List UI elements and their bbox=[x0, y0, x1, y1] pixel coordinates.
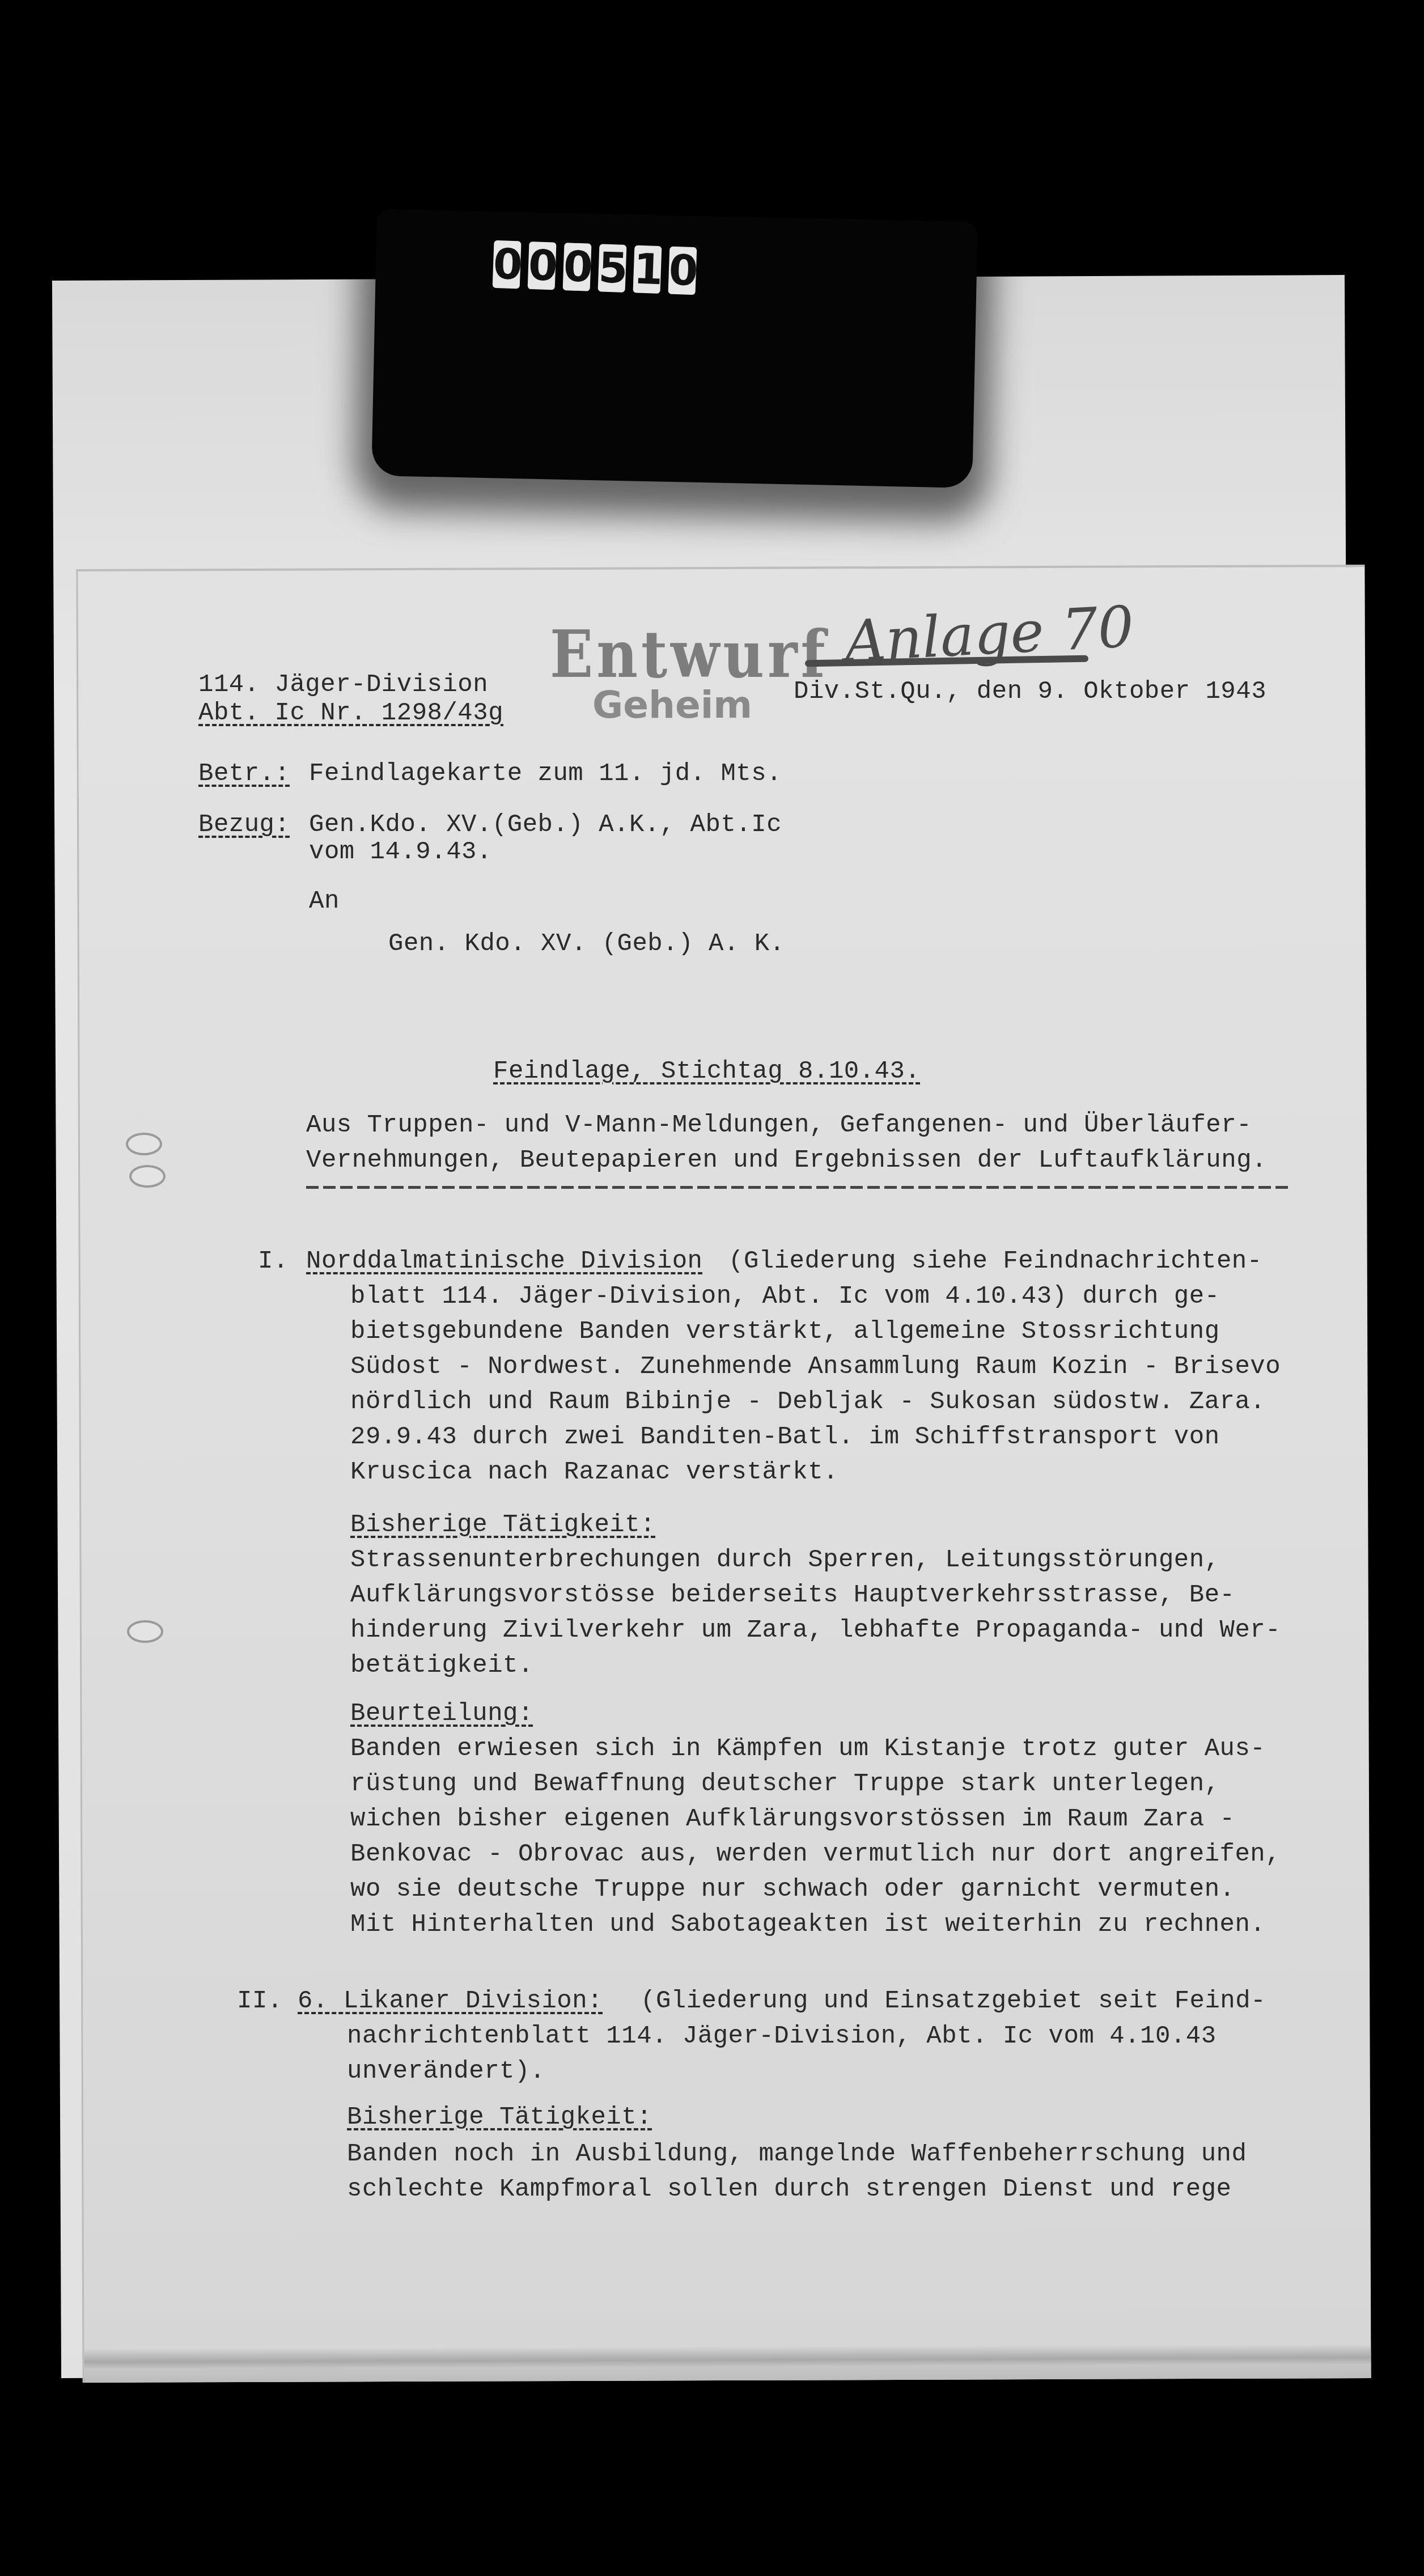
counter-digit: 0 bbox=[528, 241, 557, 290]
assessment-text: Mit Hinterhalten und Sabotageakten ist w… bbox=[350, 1908, 1265, 1942]
activity-text: hinderung Zivilverkehr um Zara, lebhafte… bbox=[350, 1613, 1281, 1647]
document-title: Feindlage, Stichtag 8.10.43. bbox=[493, 1054, 920, 1088]
punch-hole-icon bbox=[126, 1133, 162, 1155]
section-text: nachrichtenblatt 114. Jäger-Division, Ab… bbox=[347, 2019, 1217, 2053]
section-text: nördlich und Raum Bibinje - Debljak - Su… bbox=[350, 1385, 1265, 1419]
recipient-name: Gen. Kdo. XV. (Geb.) A. K. bbox=[388, 927, 785, 961]
assessment-heading: Beurteilung: bbox=[350, 1697, 533, 1731]
intro-line: Vernehmungen, Beutepapieren und Ergebnis… bbox=[306, 1143, 1267, 1177]
counter-digit: 0 bbox=[493, 240, 522, 289]
assessment-text: wichen bisher eigenen Aufklärungsvorstös… bbox=[350, 1802, 1235, 1836]
counter-digit: 1 bbox=[633, 245, 662, 294]
activity-heading: Bisherige Tätigkeit: bbox=[347, 2100, 652, 2134]
intro-line: Aus Truppen- und V-Mann-Meldungen, Gefan… bbox=[306, 1108, 1252, 1142]
section-text: blatt 114. Jäger-Division, Abt. Ic vom 4… bbox=[350, 1279, 1220, 1314]
section-text: (Gliederung siehe Feindnachrichten- bbox=[728, 1244, 1262, 1278]
section-heading: Norddalmatinische Division bbox=[306, 1244, 703, 1278]
section-text: Kruscica nach Razanac verstärkt. bbox=[350, 1455, 838, 1489]
punch-hole-icon bbox=[129, 1165, 166, 1188]
activity-text: schlechte Kampfmoral sollen durch streng… bbox=[347, 2172, 1231, 2206]
counter-digit: 0 bbox=[668, 247, 697, 295]
draft-stamp: Entwurf bbox=[550, 616, 829, 693]
activity-text: Strassenunterbrechungen durch Sperren, L… bbox=[350, 1543, 1220, 1577]
section-text: bietsgebundene Banden verstärkt, allgeme… bbox=[350, 1315, 1220, 1349]
frame-counter: 0 0 0 5 1 0 bbox=[493, 240, 697, 295]
section-text: unverändert). bbox=[347, 2054, 545, 2088]
activity-text: Banden noch in Ausbildung, mangelnde Waf… bbox=[347, 2137, 1247, 2171]
counter-digit: 0 bbox=[563, 243, 592, 291]
page-fold bbox=[84, 2344, 1371, 2383]
section-numeral: I. bbox=[258, 1244, 289, 1278]
section-heading: 6. Likaner Division: bbox=[298, 1984, 603, 2018]
assessment-text: Banden erwiesen sich in Kämpfen um Kista… bbox=[350, 1732, 1265, 1766]
secret-stamp: Geheim bbox=[592, 683, 752, 727]
punch-hole-icon bbox=[127, 1620, 163, 1643]
activity-text: betätigkeit. bbox=[350, 1649, 533, 1683]
reference-label: Bezug: bbox=[198, 808, 290, 842]
recipient-label: An bbox=[309, 884, 340, 918]
reference-line: vom 14.9.43. bbox=[309, 835, 492, 869]
file-number: Abt. Ic Nr. 1298/43g bbox=[198, 696, 503, 730]
activity-text: Aufklärungsvorstösse beiderseits Hauptve… bbox=[350, 1578, 1235, 1612]
section-text: (Gliederung und Einsatzgebiet seit Feind… bbox=[641, 1984, 1266, 2018]
section-text: 29.9.43 durch zwei Banditen-Batl. im Sch… bbox=[350, 1420, 1220, 1454]
assessment-text: rüstung und Bewaffnung deutscher Truppe … bbox=[350, 1767, 1220, 1801]
place-date: Div.St.Qu., den 9. Oktober 1943 bbox=[794, 675, 1266, 709]
subject-text: Feindlagekarte zum 11. jd. Mts. bbox=[309, 757, 782, 791]
divider-rule bbox=[306, 1186, 1292, 1189]
activity-heading: Bisherige Tätigkeit: bbox=[350, 1508, 655, 1542]
assessment-text: Benkovac - Obrovac aus, werden vermutlic… bbox=[350, 1837, 1281, 1871]
subject-label: Betr.: bbox=[198, 757, 290, 791]
section-text: Südost - Nordwest. Zunehmende Ansammlung… bbox=[350, 1350, 1281, 1384]
assessment-text: wo sie deutsche Truppe nur schwach oder … bbox=[350, 1872, 1235, 1906]
section-numeral: II. bbox=[237, 1984, 283, 2018]
counter-digit: 5 bbox=[598, 244, 627, 293]
